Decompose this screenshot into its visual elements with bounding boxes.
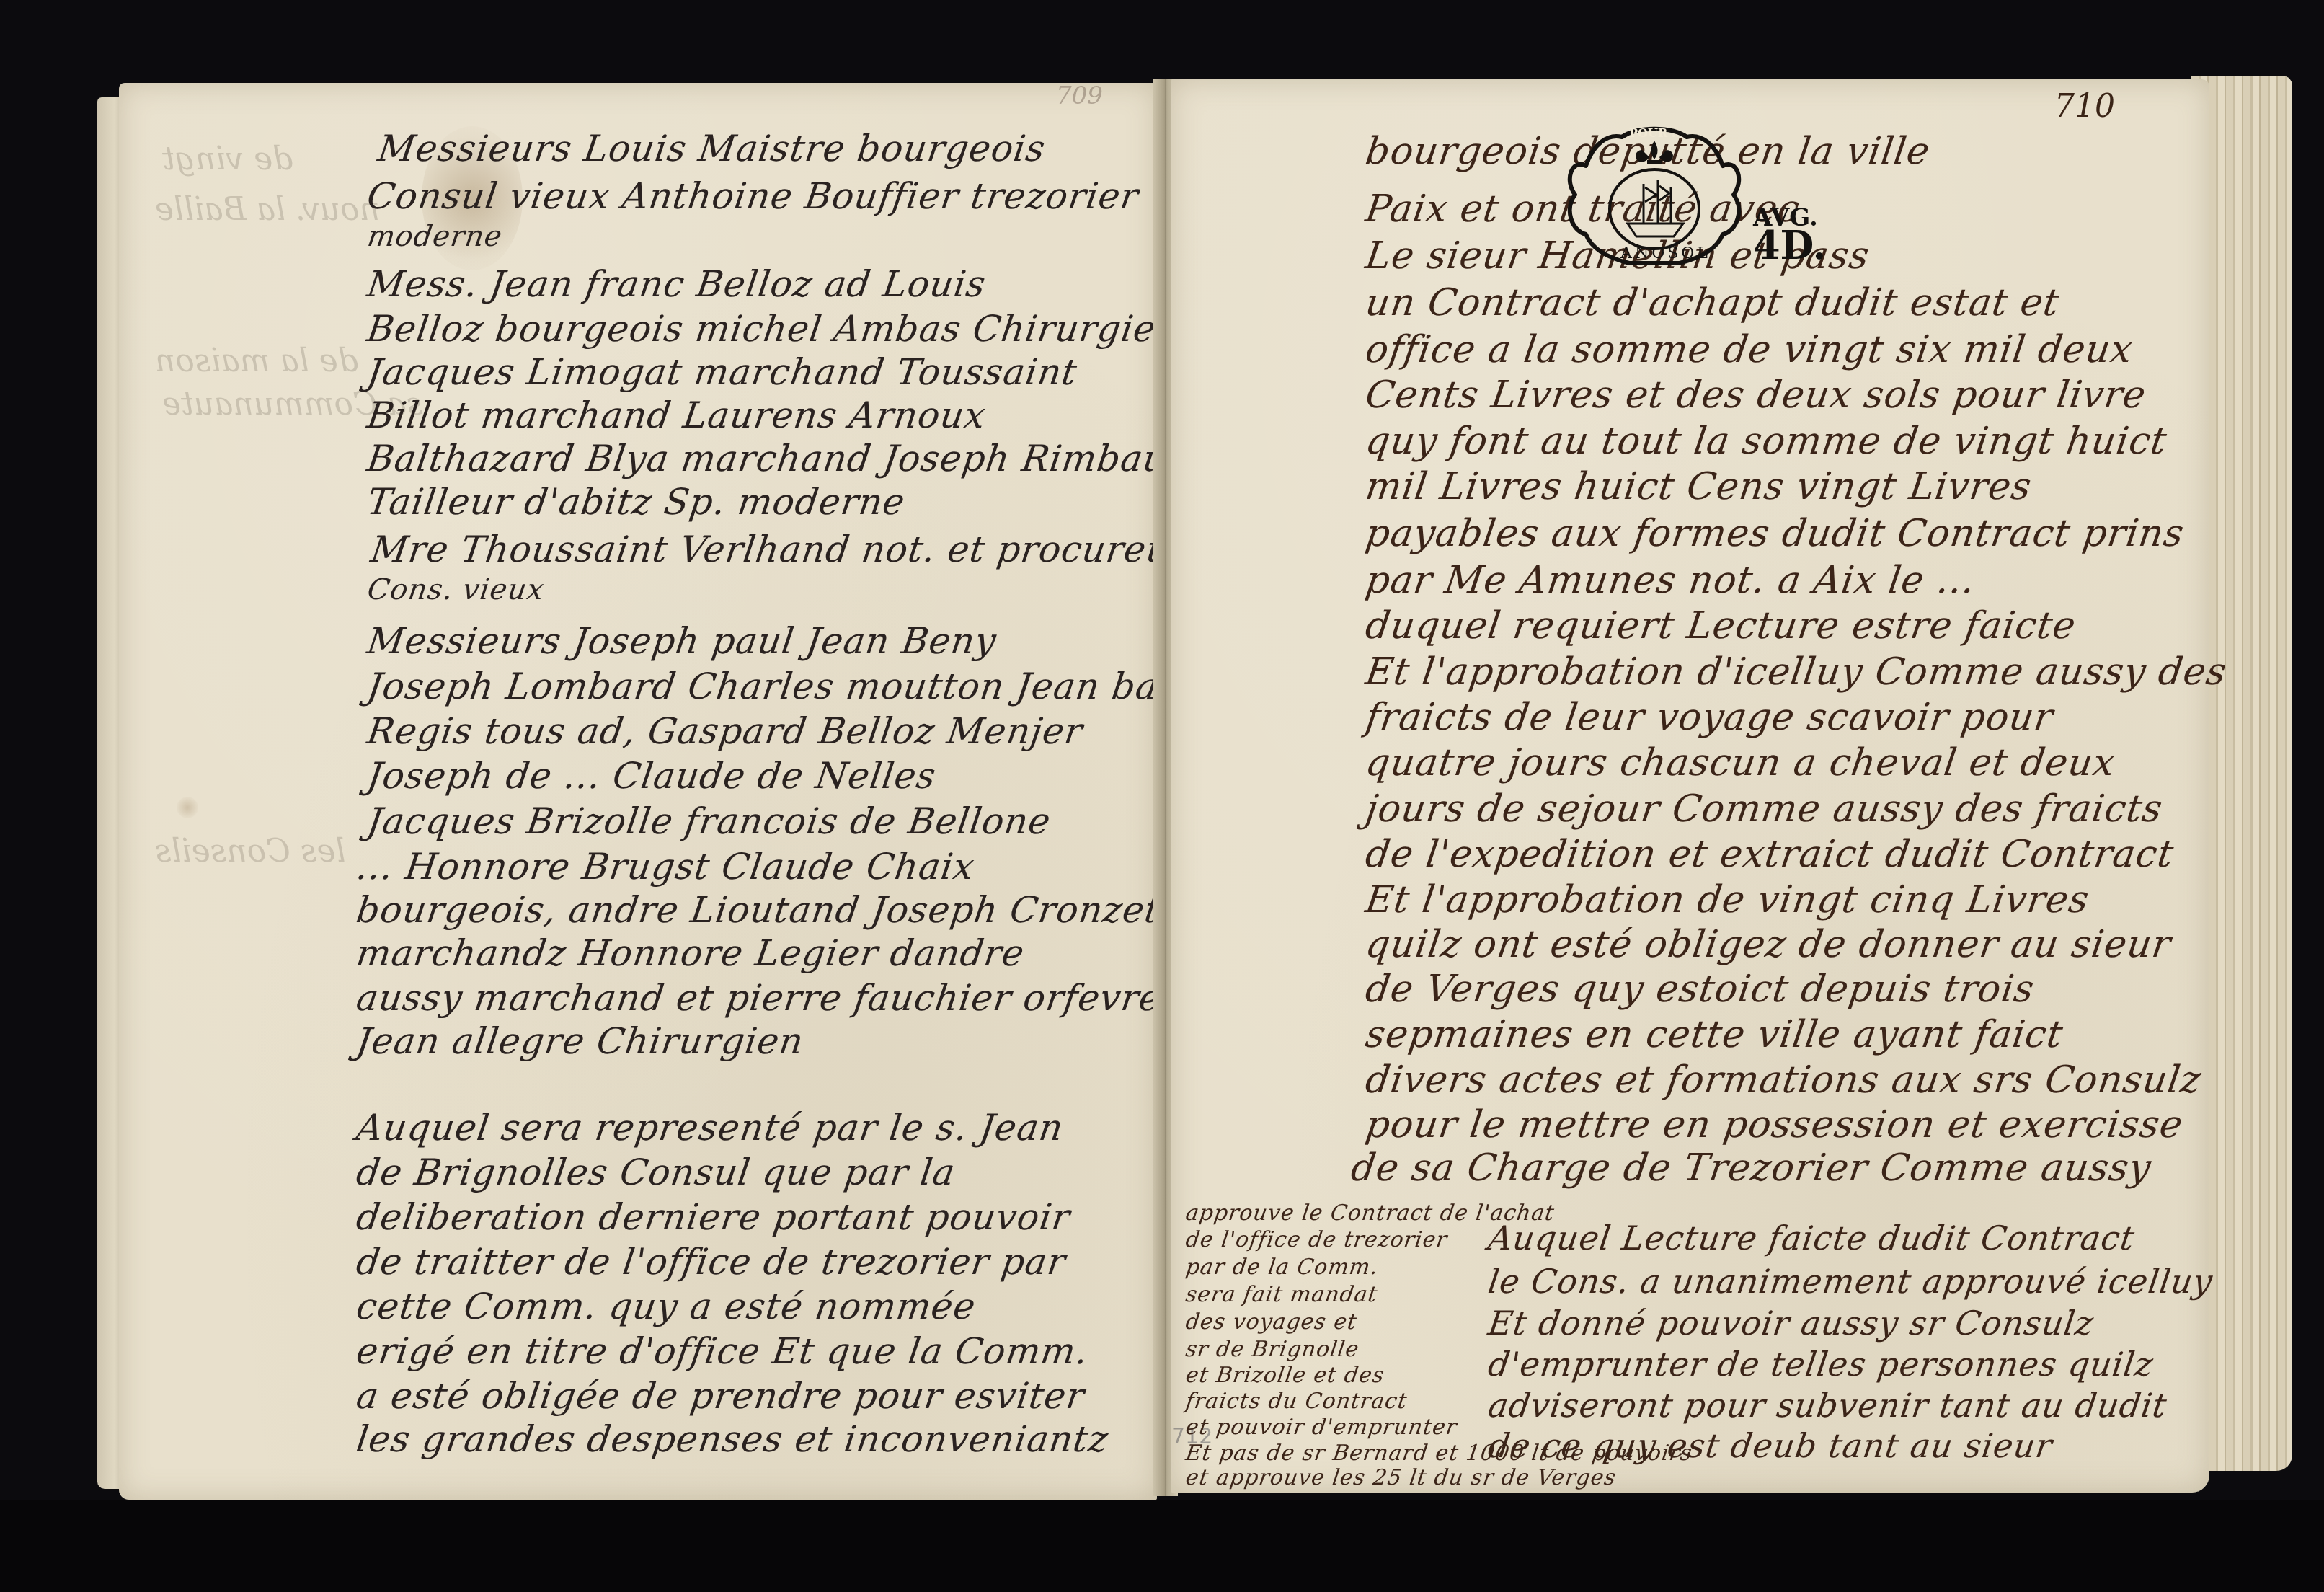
text-line: aussy marchand et pierre fauchier orfevr… <box>354 977 1164 1019</box>
text-line: marchandz Honnore Legier dandre <box>354 932 1027 974</box>
text-line: quy font au tout la somme de vingt huict <box>1363 420 2170 463</box>
text-line: Jacques Limogat marchand Toussaint <box>365 351 1080 393</box>
text-line: adviseront pour subvenir tant au dudit <box>1486 1386 2170 1425</box>
folio-number: 710 <box>2054 88 2115 125</box>
text-line: Tailleur d'abitz Sp. moderne <box>365 481 908 523</box>
margin-note: sera fait mandat <box>1184 1282 1380 1307</box>
text-line: d'emprunter de telles personnes quilz <box>1486 1345 2156 1384</box>
margin-note: et Brizolle et des <box>1184 1363 1386 1388</box>
margin-note: de l'office de trezorier <box>1184 1227 1450 1252</box>
text-line: Et l'approbation d'icelluy Comme aussy d… <box>1363 650 2230 694</box>
text-line: de traitter de l'office de trezorier par <box>354 1241 1068 1283</box>
text-line: de Verges quy estoict depuis trois <box>1363 968 2037 1011</box>
bleed-through-text: de la maison <box>155 342 358 379</box>
text-line: Joseph de ... Claude de Nelles <box>365 755 939 797</box>
text-line: Cons. vieux <box>365 573 546 606</box>
text-line: Mess. Jean franc Belloz ad Louis <box>365 263 988 305</box>
text-line: erigé en titre d'office Et que la Comm. <box>354 1330 1091 1372</box>
margin-note: approuve le Contract de l'achat <box>1184 1200 1556 1226</box>
text-line: Balthazard Blya marchand Joseph Rimbaut <box>365 438 1185 479</box>
margin-note: sr de Brignolle <box>1184 1337 1361 1362</box>
text-line: Jacques Brizolle francois de Bellone <box>365 800 1054 842</box>
text-line: Auquel Lecture faicte dudit Contract <box>1486 1219 2137 1257</box>
text-line: Auquel sera representé par le s. Jean <box>354 1107 1066 1149</box>
text-line: de l'expedition et extraict dudit Contra… <box>1363 833 2177 876</box>
text-line: Jean allegre Chirurgien <box>354 1020 807 1062</box>
text-line: quatre jours chascun a cheval et deux <box>1363 741 2119 784</box>
text-line: Regis tous ad, Gaspard Belloz Menjer <box>365 710 1086 752</box>
text-line: divers actes et formations aux srs Consu… <box>1363 1058 2204 1102</box>
text-line: sepmaines en cette ville ayant faict <box>1363 1013 2066 1056</box>
bleed-through-text: les Conseils <box>155 833 346 870</box>
open-register: 709 de vingt nouv. la Baille de la maiso… <box>0 0 2324 1592</box>
text-line: de sa Charge de Trezorier Comme aussy <box>1349 1146 2154 1190</box>
text-line: quilz ont esté obligez de donner au sieu… <box>1363 923 2174 966</box>
text-line: pour le mettre en possession et exerciss… <box>1363 1103 2186 1146</box>
left-page: 709 de vingt nouv. la Baille de la maiso… <box>119 83 1157 1500</box>
text-line: office a la somme de vingt six mil deux <box>1363 328 2136 371</box>
ink-spot <box>177 797 198 818</box>
bleed-through-text: nouv. la Baille <box>155 191 380 228</box>
text-line: Consul vieux Anthoine Bouffier trezorier <box>365 175 1142 217</box>
margin-note: et pouvoir d'emprunter <box>1184 1415 1459 1440</box>
text-line: a esté obligée de prendre pour esviter <box>354 1375 1088 1417</box>
stamp-top-legend: POUR .. <box>1629 126 1680 140</box>
text-line: par Me Amunes not. a Aix le ... <box>1363 559 1978 602</box>
text-line: Et l'approbation de vingt cinq Livres <box>1363 878 2092 921</box>
text-line: Et donné pouvoir aussy sr Consulz <box>1486 1304 2096 1343</box>
text-line: jours de sejour Comme aussy des fraicts <box>1363 787 2165 831</box>
text-line: Joseph Lombard Charles moutton Jean bapt… <box>365 665 1222 707</box>
text-line: bourgeois, andre Lioutand Joseph Cronzet <box>354 889 1163 931</box>
text-line: Billot marchand Laurens Arnoux <box>365 394 988 436</box>
text-line: le Cons. a unanimement approuvé icelluy <box>1486 1262 2215 1301</box>
text-line: fraicts de leur voyage scavoir pour <box>1363 696 2056 739</box>
margin-note: Et pas de sr Bernard et 1000 lt de pouvo… <box>1184 1441 1694 1466</box>
margin-note: des voyages et <box>1184 1309 1359 1335</box>
text-line: Cents Livres et des deux sols pour livre <box>1363 373 2149 417</box>
stamp-bottom-legend: ANOSOL <box>1620 244 1711 262</box>
stamp-value: AVG. 4D. <box>1753 204 1826 259</box>
text-line: deliberation derniere portant pouvoir <box>354 1196 1073 1238</box>
margin-note: et approuve les 25 lt du sr de Verges <box>1184 1465 1618 1490</box>
stamp-value-line-2: 4D. <box>1753 231 1826 259</box>
text-line: de Brignolles Consul que par la <box>354 1151 958 1193</box>
text-line: cette Comm. quy a esté nommée <box>354 1286 979 1327</box>
text-line: ... Honnore Brugst Claude Chaix <box>354 846 977 888</box>
text-line: payables aux formes dudit Contract prins <box>1363 512 2187 555</box>
bleed-through-text: de vingt <box>162 141 293 177</box>
text-line: un Contract d'achapt dudit estat et <box>1363 281 2062 324</box>
margin-note: fraicts du Contract <box>1184 1389 1409 1414</box>
text-line: Mre Thoussaint Verlhand not. et procureu… <box>368 529 1192 570</box>
margin-note: par de la Comm. <box>1184 1255 1380 1280</box>
right-page: 710 712 bourgeois deputté en la ville Pa… <box>1171 79 2209 1492</box>
text-line: Messieurs Joseph paul Jean Beny <box>365 620 999 662</box>
text-line: Belloz bourgeois michel Ambas Chirurgien <box>365 308 1182 350</box>
revenue-stamp-icon: POUR .. ANOSOL <box>1557 115 1752 281</box>
text-line: mil Livres huict Cens vingt Livres <box>1363 465 2034 508</box>
text-line: duquel requiert Lecture estre faicte <box>1363 604 2079 647</box>
text-line: Messieurs Louis Maistre bourgeois <box>376 128 1048 169</box>
text-line: les grandes despenses et inconveniantz <box>354 1418 1112 1460</box>
faint-folio-number: 709 <box>1056 81 1103 110</box>
text-line: moderne <box>365 220 505 253</box>
